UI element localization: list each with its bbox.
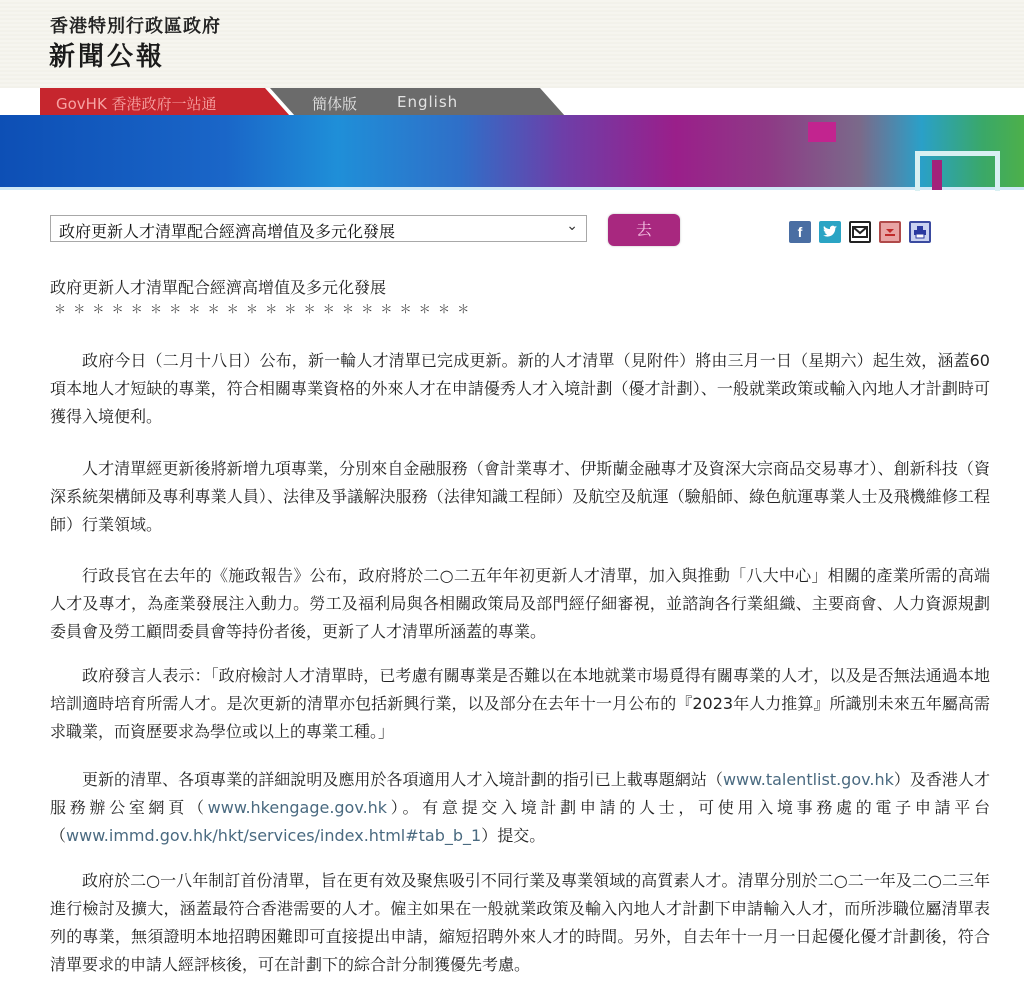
section-title: 新聞公報 bbox=[49, 36, 165, 73]
twitter-icon[interactable] bbox=[819, 221, 841, 243]
share-toolbar: f bbox=[789, 221, 931, 243]
hkengage-link[interactable]: www.hkengage.gov.hk bbox=[208, 798, 387, 817]
paragraph-text: ）提交。 bbox=[481, 826, 545, 845]
article-paragraph: 政府發言人表示：「政府檢討人才清單時，已考慮有關專業是否難以在本地就業市場覓得有… bbox=[50, 662, 990, 746]
chevron-down-icon: ⌄ bbox=[566, 218, 578, 234]
banner-decoration bbox=[808, 122, 836, 142]
banner-image bbox=[0, 115, 1024, 190]
facebook-icon[interactable]: f bbox=[789, 221, 811, 243]
save-icon[interactable] bbox=[879, 221, 901, 243]
govhk-link[interactable]: GovHK 香港政府一站通 bbox=[56, 93, 217, 114]
title-separator: ＊＊＊＊＊＊＊＊＊＊＊＊＊＊＊＊＊＊＊＊＊＊ bbox=[54, 300, 476, 317]
talentlist-link[interactable]: www.talentlist.gov.hk bbox=[723, 770, 894, 789]
email-icon[interactable] bbox=[849, 221, 871, 243]
government-name: 香港特別行政區政府 bbox=[50, 12, 221, 38]
print-icon[interactable] bbox=[909, 221, 931, 243]
press-release-select[interactable]: 政府更新人才清單配合經濟高增值及多元化發展 ⌄ bbox=[50, 215, 587, 242]
article-paragraph: 政府於二○一八年制訂首份清單，旨在更有效及聚焦吸引不同行業及專業領域的高質素人才… bbox=[50, 867, 990, 979]
article-title: 政府更新人才清單配合經濟高增值及多元化發展 bbox=[50, 275, 386, 298]
article-paragraph: 行政長官在去年的《施政報告》公布，政府將於二○二五年年初更新人才清單，加入與推動… bbox=[50, 562, 990, 646]
immd-link[interactable]: www.immd.gov.hk/hkt/services/index.html#… bbox=[66, 826, 481, 845]
top-navigation: GovHK 香港政府一站通 簡体版 English bbox=[40, 88, 530, 116]
english-link[interactable]: English bbox=[397, 93, 458, 111]
simplified-chinese-link[interactable]: 簡体版 bbox=[312, 93, 357, 114]
paragraph-text: 更新的清單、各項專業的詳細說明及應用於各項適用人才入境計劃的指引已上載專題網站（ bbox=[82, 770, 723, 789]
article-paragraph: 政府今日（二月十八日）公布，新一輪人才清單已完成更新。新的人才清單（見附件）將由… bbox=[50, 347, 990, 431]
banner-decoration bbox=[932, 160, 942, 190]
select-value: 政府更新人才清單配合經濟高增值及多元化發展 bbox=[59, 222, 395, 241]
article-paragraph: 更新的清單、各項專業的詳細說明及應用於各項適用人才入境計劃的指引已上載專題網站（… bbox=[50, 766, 990, 850]
banner-decoration bbox=[915, 151, 1000, 191]
go-button[interactable]: 去 bbox=[608, 214, 680, 246]
article-paragraph: 人才清單經更新後將新增九項專業，分別來自金融服務（會計業專才、伊斯蘭金融專才及資… bbox=[50, 455, 990, 539]
header: 香港特別行政區政府 新聞公報 bbox=[0, 0, 1024, 88]
